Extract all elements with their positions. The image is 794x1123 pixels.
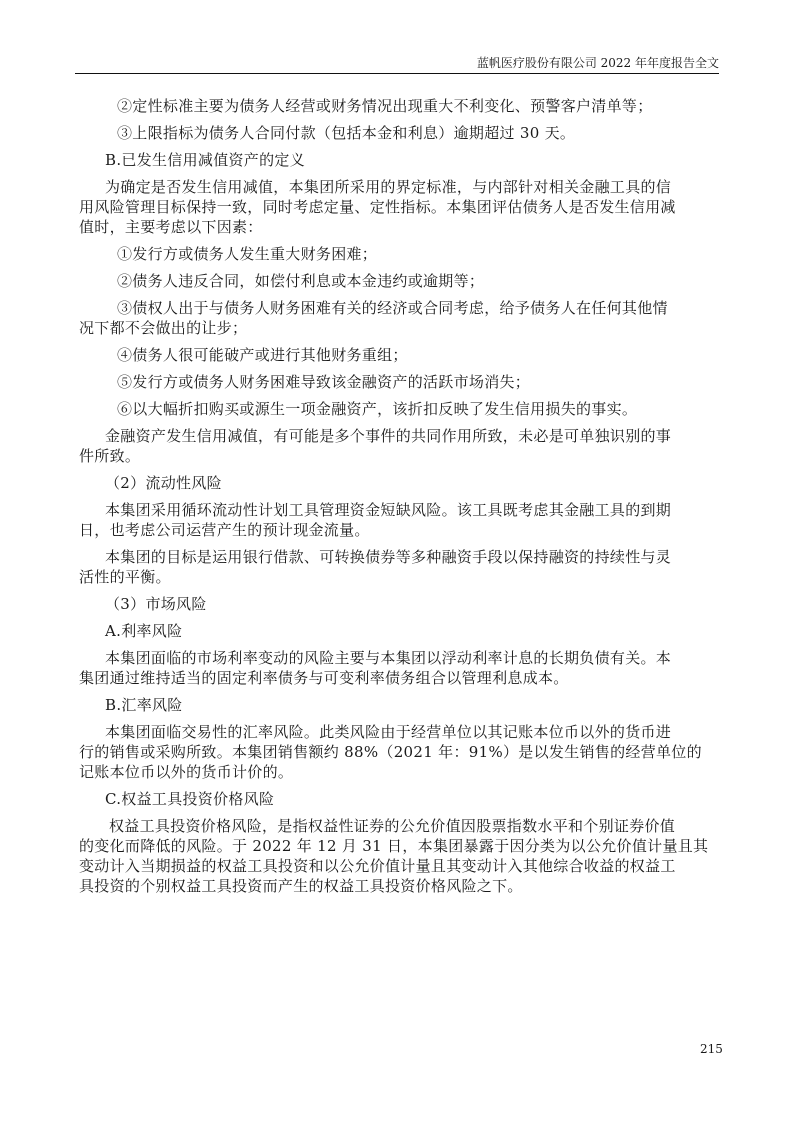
section-heading-liquidity-risk: （2）流动性风险 xyxy=(79,473,711,493)
factor-item-4: ④债务人很可能破产或进行其他财务重组； xyxy=(79,345,711,365)
paragraph-line: 为确定是否发生信用减值，本集团所采用的界定标准，与内部针对相关金融工具的信 xyxy=(79,177,711,197)
factor-item-1: ①发行方或债务人发生重大财务困难； xyxy=(79,244,711,264)
paragraph-line: 具投资的个别权益工具投资而产生的权益工具投资价格风险之下。 xyxy=(79,876,711,896)
page-number: 215 xyxy=(700,1042,723,1056)
factor-item-3: ③债权人出于与债务人财务困难有关的经济或合同考虑，给予债务人在任何其他情 xyxy=(79,298,711,318)
paragraph-line: 权益工具投资价格风险，是指权益性证券的公允价值因股票指数水平和个别证券价值 xyxy=(79,816,711,836)
paragraph-line: 活性的平衡。 xyxy=(79,567,711,587)
paragraph-line: 本集团面临的市场利率变动的风险主要与本集团以浮动利率计息的长期负债有关。本 xyxy=(79,648,711,668)
paragraph-line: 件所致。 xyxy=(79,446,711,466)
paragraph-line: 行的销售或采购所致。本集团销售额约 88%（2021 年：91%）是以发生销售的… xyxy=(79,742,711,762)
paragraph-line: 的变化而降低的风险。于 2022 年 12 月 31 日，本集团暴露于因分类为以… xyxy=(79,836,711,856)
paragraph-line: 本集团面临交易性的汇率风险。此类风险由于经营单位以其记账本位币以外的货币进 xyxy=(79,722,711,742)
report-title: 蓝帆医疗股份有限公司 2022 年年度报告全文 xyxy=(477,56,719,70)
factor-item-5: ⑤发行方或债务人财务困难导致该金融资产的活跃市场消失； xyxy=(79,372,711,392)
criteria-item-2: ②定性标准主要为债务人经营或财务情况出现重大不利变化、预警客户清单等； xyxy=(79,96,711,116)
subheading-fx-risk: B.汇率风险 xyxy=(79,695,711,715)
factor-item-3-cont: 况下都不会做出的让步； xyxy=(79,318,711,338)
paragraph-line: 金融资产发生信用减值，有可能是多个事件的共同作用所致，未必是可单独识别的事 xyxy=(79,426,711,446)
criteria-item-3: ③上限指标为债务人合同付款（包括本金和利息）逾期超过 30 天。 xyxy=(79,123,711,143)
factor-item-2: ②债务人违反合同，如偿付利息或本金违约或逾期等； xyxy=(79,271,711,291)
page-header: 蓝帆医疗股份有限公司 2022 年年度报告全文 xyxy=(75,55,719,74)
subheading-interest-rate-risk: A.利率风险 xyxy=(79,621,711,641)
paragraph-line: 本集团采用循环流动性计划工具管理资金短缺风险。该工具既考虑其金融工具的到期 xyxy=(79,500,711,520)
paragraph-line: 用风险管理目标保持一致，同时考虑定量、定性指标。本集团评估债务人是否发生信用减 xyxy=(79,197,711,217)
paragraph-line: 记账本位币以外的货币计价的。 xyxy=(79,762,711,782)
paragraph-line: 值时，主要考虑以下因素： xyxy=(79,217,711,237)
section-heading-b: B.已发生信用减值资产的定义 xyxy=(79,150,711,170)
paragraph-line: 变动计入当期损益的权益工具投资和以公允价值计量且其变动计入其他综合收益的权益工 xyxy=(79,856,711,876)
section-heading-market-risk: （3）市场风险 xyxy=(79,594,711,614)
paragraph-line: 集团通过维持适当的固定利率债务与可变利率债务组合以管理利息成本。 xyxy=(79,668,711,688)
paragraph-line: 日，也考虑公司运营产生的预计现金流量。 xyxy=(79,520,711,540)
subheading-equity-price-risk: C.权益工具投资价格风险 xyxy=(79,789,711,809)
paragraph-line: 本集团的目标是运用银行借款、可转换债券等多种融资手段以保持融资的持续性与灵 xyxy=(79,547,711,567)
document-body: ②定性标准主要为债务人经营或财务情况出现重大不利变化、预警客户清单等； ③上限指… xyxy=(79,96,711,896)
factor-item-6: ⑥以大幅折扣购买或源生一项金融资产，该折扣反映了发生信用损失的事实。 xyxy=(79,399,711,419)
